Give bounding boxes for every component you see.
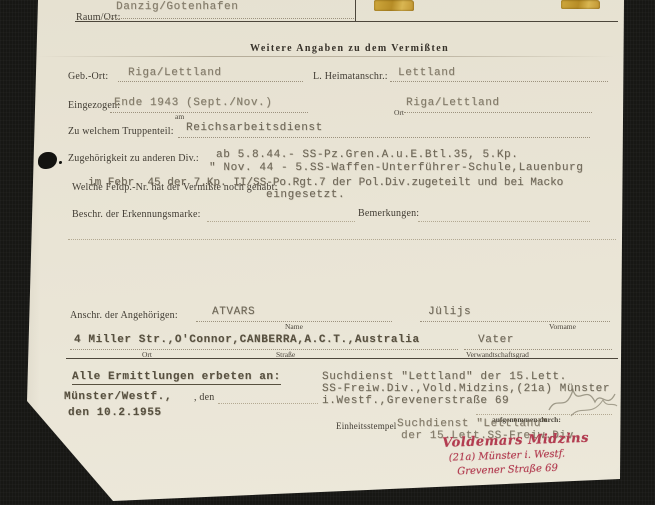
- zugehoerigkeit-label: Zugehörigkeit zu anderen Div.:: [68, 153, 199, 164]
- den-label: , den: [194, 392, 214, 403]
- angehoerige-name-value: ATVARS: [212, 306, 255, 318]
- zugehoerigkeit-line1: ab 5.8.44.- SS-Pz.Gren.A.u.E.Btl.35, 5.K…: [216, 149, 518, 161]
- section-title: Weitere Angaben zu dem Vermißten: [250, 43, 449, 54]
- den-rule: [218, 402, 318, 404]
- ort-sublabel-eingezogen: Ort: [394, 108, 404, 117]
- heimatanschrift-rule: [390, 80, 608, 82]
- name-sublabel: Name: [285, 322, 303, 331]
- erkennungsmarke-rule: [207, 220, 355, 222]
- truppenteil-value: Reichsarbeitsdienst: [186, 122, 323, 134]
- ermittlungen-heading: Alle Ermittlungen erbeten an:: [72, 371, 281, 385]
- stamp-remnant-right: [561, 0, 600, 9]
- vorname-sublabel: Vorname: [549, 322, 576, 331]
- geb-ort-label: Geb.-Ort:: [68, 71, 108, 82]
- einheitsstempel-label: Einheitsstempel: [336, 421, 397, 431]
- angehoerige-vorname-value: Jülijs: [428, 306, 471, 318]
- bottom-section-rule: [66, 358, 618, 359]
- raum-ort-value: Danzig/Gotenhafen: [116, 1, 238, 13]
- verwandtschaft-value: Vater: [478, 334, 514, 346]
- punch-hole: [38, 152, 57, 169]
- ermittlungen-place: Münster/Westf.,: [64, 391, 172, 403]
- vorname-rule: [420, 320, 610, 322]
- pencil-scribble: [543, 376, 621, 422]
- eingezogen-rule: [110, 111, 308, 113]
- geb-ort-value: Riga/Lettland: [128, 67, 222, 79]
- angehoerige-label: Anschr. der Angehörigen:: [70, 310, 178, 321]
- ermittlungen-line3: i.Westf.,Grevenerstraße 69: [322, 395, 509, 407]
- ermittlungen-date: den 10.2.1955: [68, 407, 162, 419]
- bemerkungen-label: Bemerkungen:: [358, 208, 419, 219]
- separator-dotted-rule: [68, 238, 616, 240]
- zugehoerigkeit-line4: eingesetzt.: [266, 189, 345, 201]
- truppenteil-label: Zu welchem Truppenteil:: [68, 126, 174, 137]
- heimatanschrift-value: Lettland: [398, 67, 456, 79]
- top-horizontal-rule: [75, 21, 618, 22]
- fold-crease: [38, 56, 616, 57]
- truppenteil-rule: [178, 136, 590, 138]
- erkennungsmarke-label: Beschr. der Erkennungsmarke:: [72, 209, 201, 220]
- ermittlungen-line1: Suchdienst "Lettland" der 15.Lett.: [322, 371, 567, 383]
- eingezogen-ort-value: Riga/Lettland: [406, 97, 500, 109]
- stempel-line1: Suchdienst "Lettland": [397, 418, 548, 430]
- document-photo: Raum/Ort: Danzig/Gotenhafen Weitere Anga…: [0, 0, 655, 505]
- zugehoerigkeit-line2: " Nov. 44 - 5.SS-Waffen-Unterführer-Schu…: [209, 162, 583, 174]
- angehoerige-address-value: 4 Miller Str.,O'Connor,CANBERRA,A.C.T.,A…: [74, 334, 420, 346]
- red-stamp-city: (21a) Münster i. Westf.: [449, 449, 566, 464]
- top-box-vertical-rule: [355, 0, 356, 21]
- eingezogen-value: Ende 1943 (Sept./Nov.): [114, 97, 272, 109]
- address-rule: [70, 348, 458, 350]
- form-paper: Raum/Ort: Danzig/Gotenhafen Weitere Anga…: [0, 0, 655, 505]
- red-stamp-street: Grevener Straße 69: [457, 463, 558, 478]
- bemerkungen-rule: [418, 220, 590, 222]
- am-sublabel: am: [175, 112, 184, 121]
- geb-ort-rule: [118, 80, 303, 82]
- zugehoerigkeit-line3: im Febr. 45 der 7.Kp. II/SS-Po.Rgt.7 der…: [88, 177, 563, 189]
- heimatanschrift-label: L. Heimatanschr.:: [313, 71, 388, 82]
- stamp-remnant-left: [374, 0, 414, 11]
- eingezogen-ort-rule: [404, 111, 592, 113]
- eingezogen-label: Eingezogen:: [68, 100, 120, 111]
- raum-ort-rule: [106, 17, 354, 19]
- ink-speck: [59, 161, 62, 164]
